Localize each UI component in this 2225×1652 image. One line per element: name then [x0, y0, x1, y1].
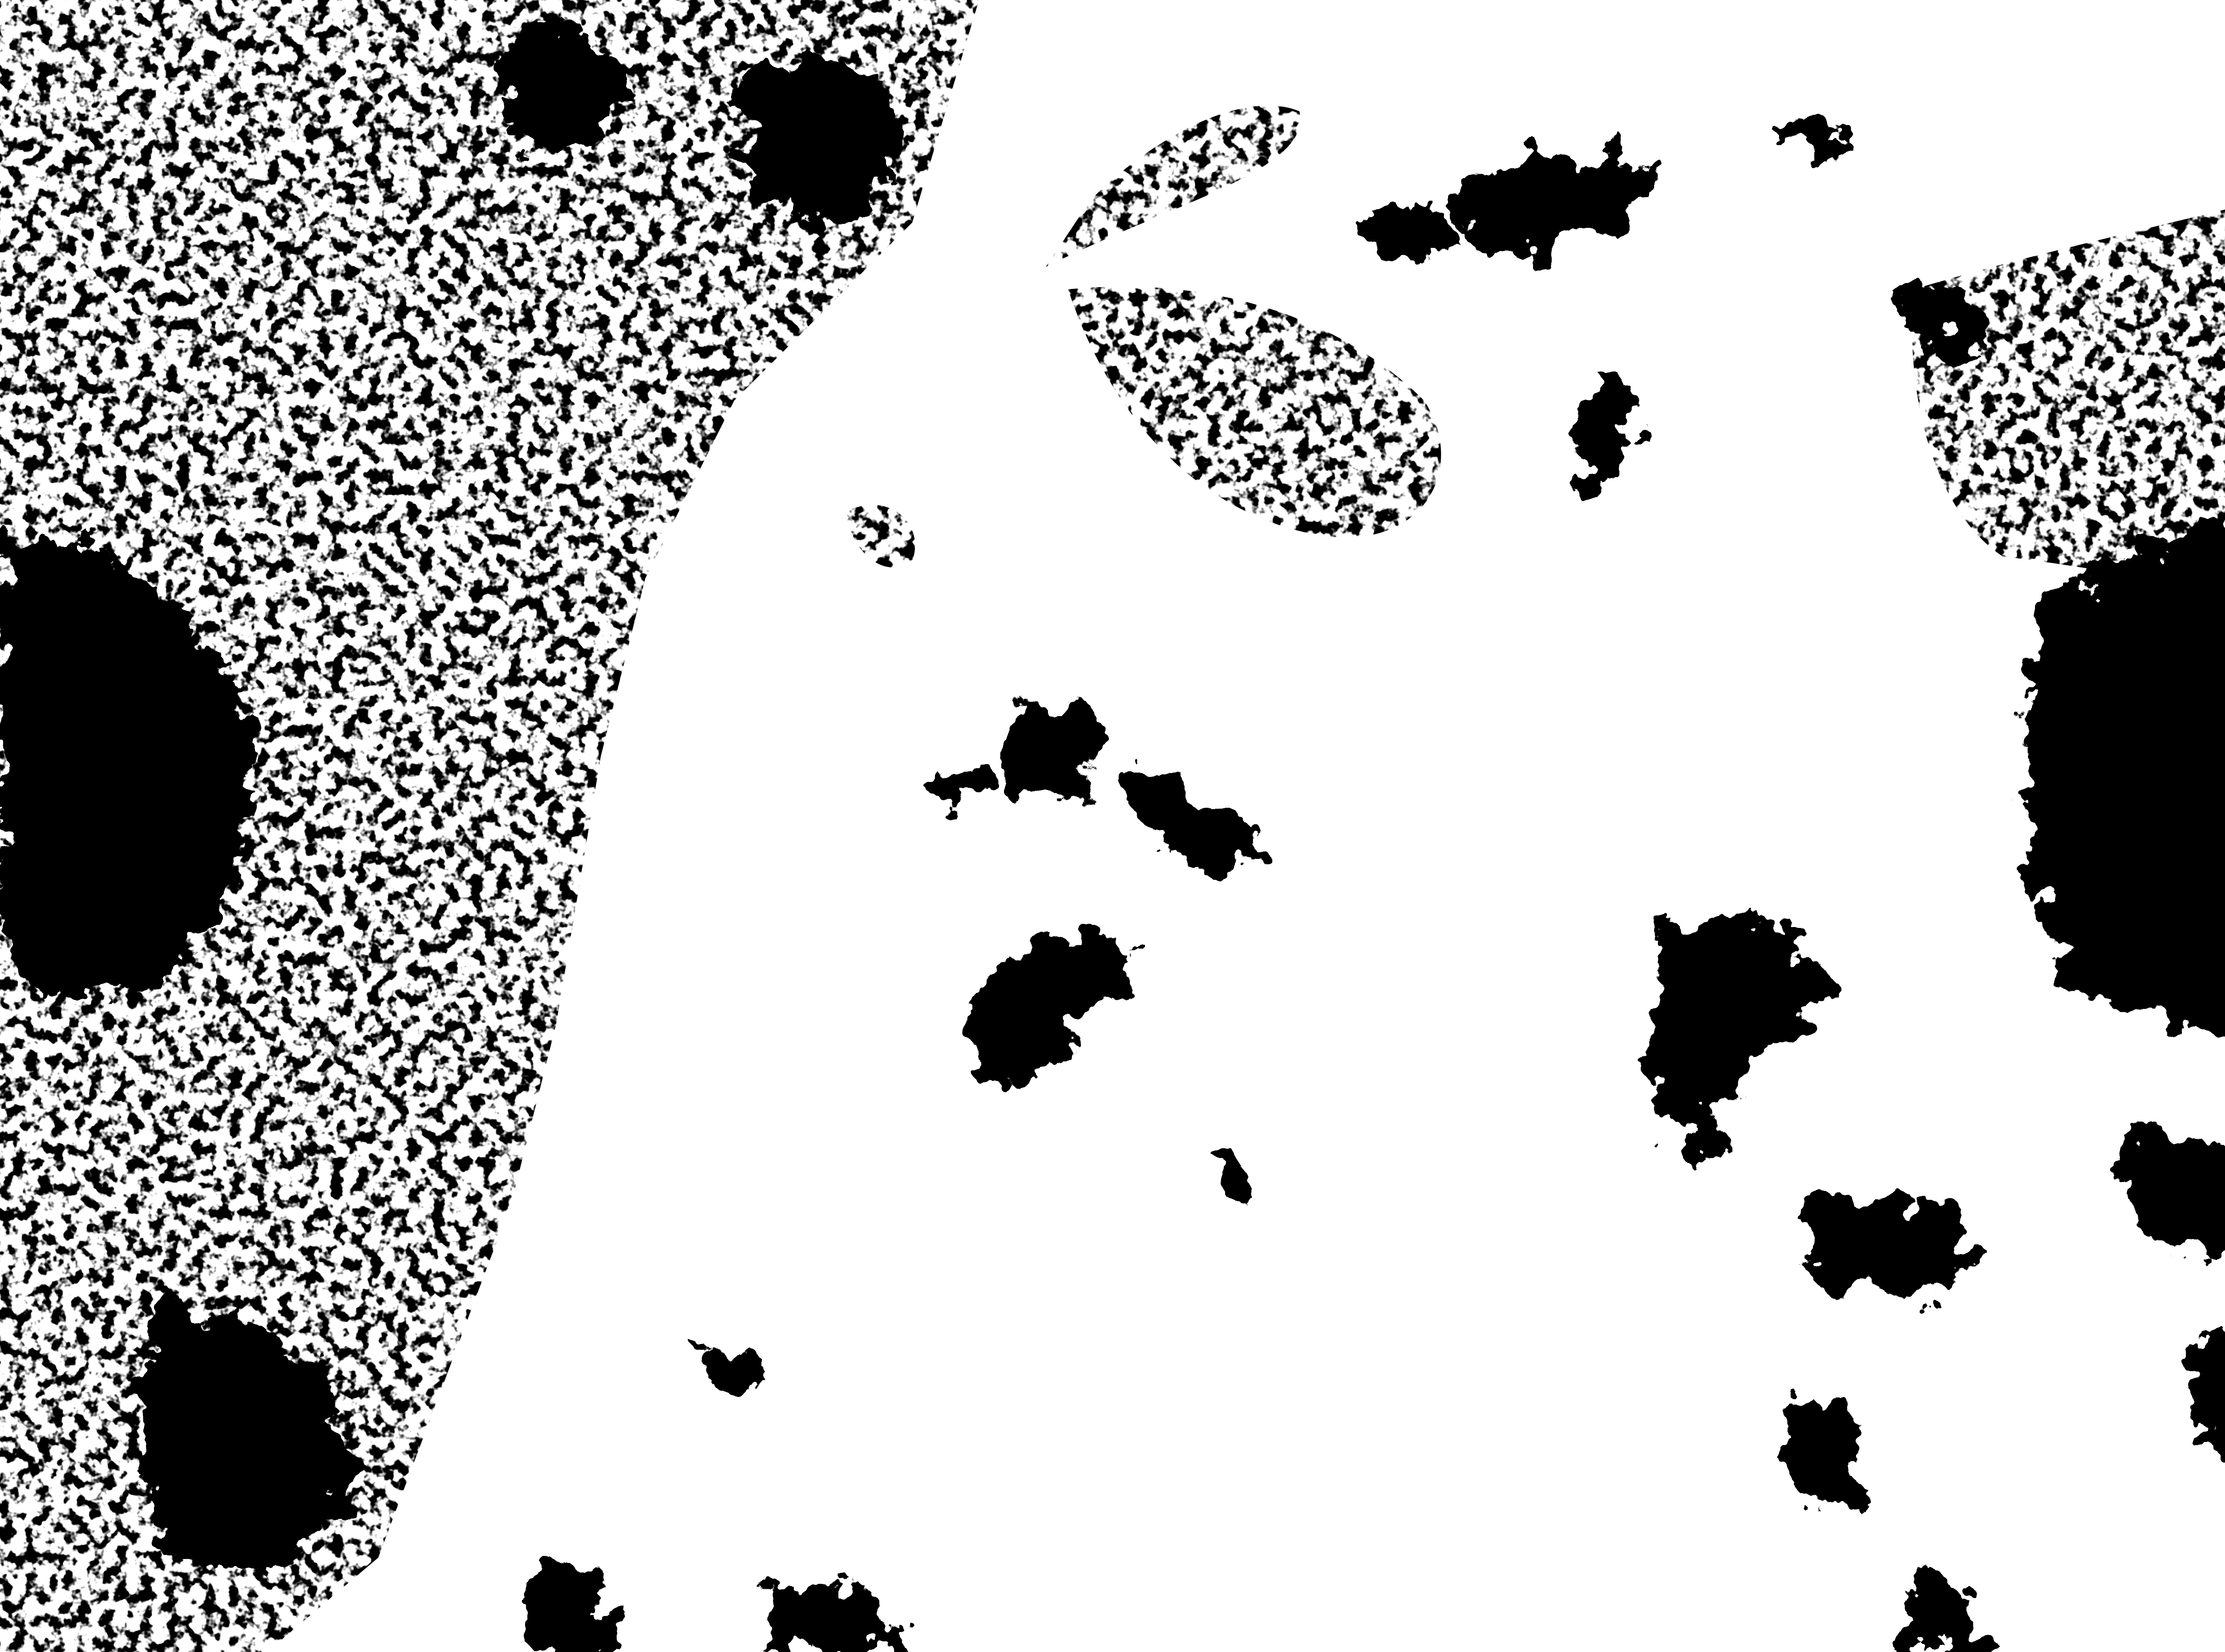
grunge-texture: [0, 0, 2225, 1652]
